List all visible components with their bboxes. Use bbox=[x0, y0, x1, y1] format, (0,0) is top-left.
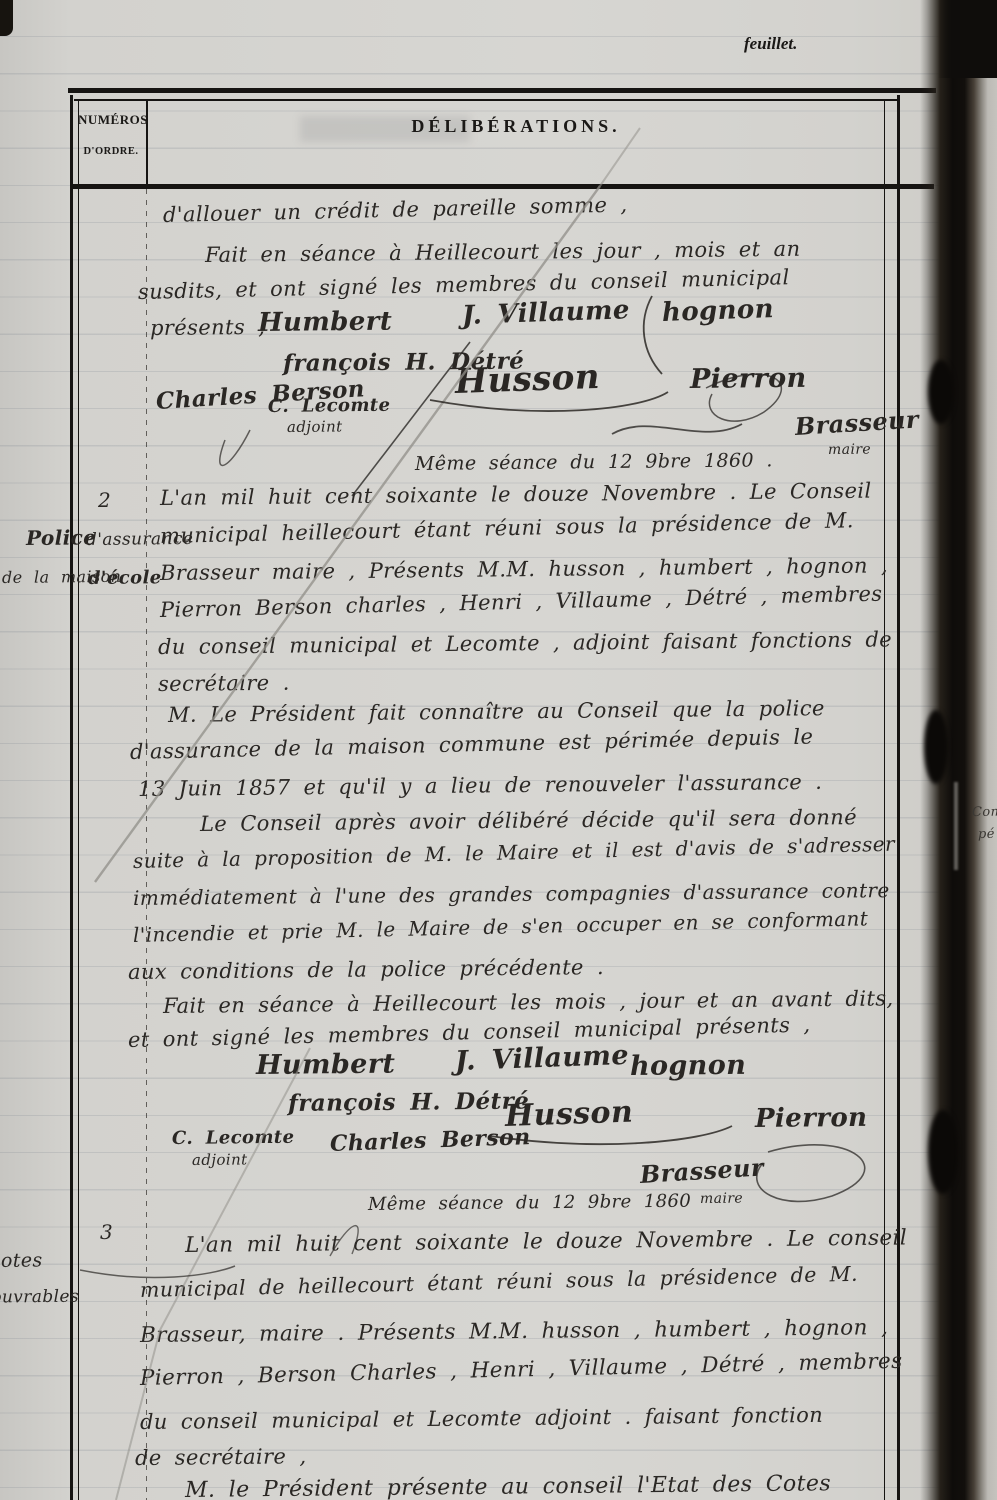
deliberations-header: DÉLIBÉRATIONS. bbox=[148, 116, 884, 137]
signature-lecomte-title: adjoint bbox=[192, 1152, 248, 1168]
handwritten-line: Fait en séance à Heillecourt les jour , … bbox=[205, 239, 801, 266]
numbers-column-subheader: D'ORDRE. bbox=[78, 146, 144, 157]
gutter-blot bbox=[924, 710, 948, 784]
signature-brasseur-title: maire bbox=[700, 1192, 743, 1206]
signature-francois-detre: françois H. Détré bbox=[288, 1089, 529, 1115]
register-page: feuillet. NUMÉROS D'ORDRE. DÉLIBÉRATIONS… bbox=[0, 0, 997, 1500]
gutter-highlight bbox=[954, 782, 958, 870]
gutter-top-shadow bbox=[938, 0, 997, 78]
handwritten-line: du conseil municipal et Lecomte adjoint … bbox=[140, 1405, 823, 1433]
signature-lecomte-title: adjoint bbox=[287, 419, 343, 435]
margin-note: irrécouvrables bbox=[0, 1289, 79, 1307]
session-title: Même séance du 12 9bre 1860 . bbox=[415, 451, 773, 474]
header-separator-rule bbox=[72, 184, 934, 189]
handwritten-line: Pierron , Berson Charles , Henri , Villa… bbox=[140, 1351, 903, 1390]
signature-hognon: hognon bbox=[662, 296, 775, 326]
signature-hognon: hognon bbox=[630, 1052, 746, 1080]
folio-label: feuillet. bbox=[744, 34, 797, 54]
handwritten-line: secrétaire . bbox=[158, 673, 290, 695]
handwritten-line: l'incendie et prie M. le Maire de s'en o… bbox=[133, 908, 869, 945]
signature-brasseur: Brasseur bbox=[794, 407, 919, 439]
handwritten-line: Pierron Berson charles , Henri , Villaum… bbox=[160, 584, 883, 621]
signature-brasseur: Brasseur bbox=[639, 1155, 764, 1187]
table-rule-top-thin bbox=[74, 99, 900, 101]
handwritten-line: 13 Juin 1857 et qu'il y a lieu de renouv… bbox=[138, 772, 823, 800]
table-border-right-inner bbox=[884, 99, 885, 1500]
handwritten-line: aux conditions de la police précédente . bbox=[128, 957, 604, 983]
signature-villaume: J. Villaume bbox=[455, 1042, 630, 1075]
handwritten-line: municipal heillecourt étant réuni sous l… bbox=[160, 510, 854, 547]
numbers-column-divider-dotted bbox=[146, 189, 147, 1500]
signature-humbert: Humbert bbox=[256, 1051, 396, 1079]
signature-lecomte: C. Lecomte bbox=[268, 397, 391, 416]
gutter-blot bbox=[928, 1110, 958, 1194]
neighbor-page-fragment: pé bbox=[978, 828, 995, 841]
handwritten-line: d'assurance de la maison commune est pér… bbox=[130, 726, 814, 763]
signature-brasseur-title: maire bbox=[828, 443, 871, 457]
margin-note: Cotes bbox=[0, 1251, 43, 1271]
signature-pierron: Pierron bbox=[755, 1105, 868, 1132]
gutter-blot bbox=[928, 360, 954, 424]
handwritten-line: présents , bbox=[150, 317, 265, 339]
handwritten-line: de secrétaire , bbox=[135, 1446, 307, 1469]
handwritten-line: municipal de heillecourt étant réuni sou… bbox=[140, 1264, 858, 1301]
handwritten-line: M. Le Président fait connaître au Consei… bbox=[168, 698, 825, 726]
margin-note: d'école bbox=[88, 569, 162, 588]
handwritten-line: Brasseur, maire . Présents M.M. husson ,… bbox=[140, 1317, 889, 1346]
corner-stain bbox=[0, 0, 13, 36]
table-border-right-outer bbox=[897, 95, 900, 1500]
session-title: Même séance du 12 9bre 1860 bbox=[368, 1193, 691, 1214]
entry-number: 2 bbox=[98, 490, 111, 510]
signature-husson: Husson bbox=[454, 360, 600, 399]
entry-number: 3 bbox=[100, 1222, 113, 1242]
handwritten-line: Le Conseil après avoir délibéré décide q… bbox=[200, 807, 857, 835]
handwritten-line: immédiatement à l'une des grandes compag… bbox=[133, 880, 890, 908]
handwritten-line: Brasseur maire , Présents M.M. husson , … bbox=[160, 555, 888, 584]
numbers-column-header: NUMÉROS bbox=[78, 112, 144, 128]
handwritten-line: L'an mil huit cent soixante le douze Nov… bbox=[160, 481, 872, 509]
handwritten-line: du conseil municipal et Lecomte , adjoin… bbox=[158, 629, 892, 658]
handwritten-line: L'an mil huit cent soixante le douze Nov… bbox=[185, 1227, 907, 1256]
handwritten-line: suite à la proposition de M. le Maire et… bbox=[133, 834, 895, 871]
handwritten-line: d'allouer un crédit de pareille somme , bbox=[163, 194, 628, 226]
signature-humbert: Humbert bbox=[258, 309, 392, 336]
signature-villaume: J. Villaume bbox=[462, 297, 631, 329]
signature-charles-berson: Charles Berson bbox=[330, 1126, 531, 1155]
table-rule-top-thick bbox=[68, 88, 936, 93]
signature-lecomte: C. Lecomte bbox=[172, 1129, 295, 1148]
signature-pierron: Pierron bbox=[690, 365, 807, 393]
neighbor-page-fragment: Com bbox=[972, 806, 997, 819]
handwritten-line: M. le Président présente au conseil l'Et… bbox=[185, 1473, 831, 1500]
